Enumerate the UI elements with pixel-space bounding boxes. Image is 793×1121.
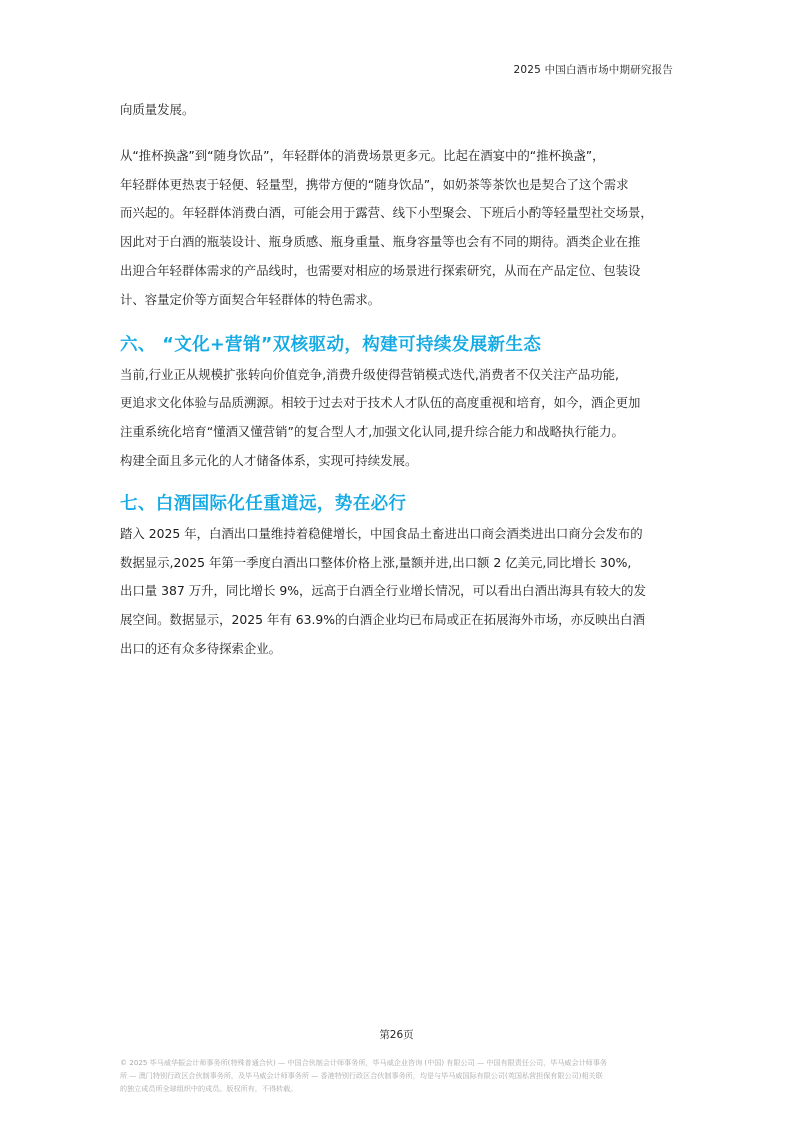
text-line: 出口量 387 万升，同比增长 9%，远高于白酒全行业增长情况，可以看出白酒出海…	[120, 577, 673, 606]
text-line: 出口的还有众多待探索企业。	[120, 635, 673, 664]
text-line: 因此对于白酒的瓶装设计、瓶身质感、瓶身重量、瓶身容量等也会有不同的期待。酒类企业…	[120, 228, 673, 257]
text-line: 注重系统化培育“懂酒又懂营销”的复合型人才,加强文化认同,提升综合能力和战略执行…	[120, 418, 673, 447]
page-number: 第26页	[0, 1027, 793, 1042]
text-line: 出迎合年轻群体需求的产品线时，也需要对相应的场景进行探索研究，从而在产品定位、包…	[120, 257, 673, 286]
legal-line: 的独立成员所全球组织中的成员。版权所有，不得转载。	[120, 1082, 676, 1095]
text-line: 构建全面且多元化的人才储备体系，实现可持续发展。	[120, 447, 673, 476]
section-7-heading: 七、白酒国际化任重道远，势在必行	[120, 490, 673, 515]
page-body: 向质量发展。 从“推杯换盏”到“随身饮品”，年轻群体的消费场景更多元。比起在酒宴…	[120, 96, 673, 664]
text-line: 展空间。数据显示，2025 年有 63.9%的白酒企业均已布局或正在拓展海外市场…	[120, 606, 673, 635]
section-6-paragraph: 当前,行业正从规模扩张转向价值竞争,消费升级使得营销模式迭代,消费者不仅关注产品…	[120, 361, 673, 476]
intro-fragment-paragraph: 向质量发展。	[120, 96, 673, 125]
text-line: 向质量发展。	[120, 96, 673, 125]
text-line: 踏入 2025 年，白酒出口量维持着稳健增长，中国食品土畜进出口商会酒类进出口商…	[120, 520, 673, 549]
section-6-heading: 六、 “文化+营销”双核驱动，构建可持续发展新生态	[120, 331, 673, 356]
text-line: 更追求文化体验与品质溯源。相较于过去对于技术人才队伍的高度重视和培育，如今，酒企…	[120, 389, 673, 418]
running-header: 2025 中国白酒市场中期研究报告	[514, 62, 673, 77]
text-line: 从“推杯换盏”到“随身饮品”，年轻群体的消费场景更多元。比起在酒宴中的“推杯换盏…	[120, 142, 673, 171]
text-line: 当前,行业正从规模扩张转向价值竞争,消费升级使得营销模式迭代,消费者不仅关注产品…	[120, 361, 673, 390]
section-7-paragraph: 踏入 2025 年，白酒出口量维持着稳健增长，中国食品土畜进出口商会酒类进出口商…	[120, 520, 673, 664]
legal-line: © 2025 毕马威华振会计师事务所(特殊普通合伙) — 中国合伙制会计师事务所…	[120, 1056, 676, 1069]
legal-line: 所 — 澳门特别行政区合伙制事务所，及毕马威会计师事务所 — 香港特别行政区合伙…	[120, 1069, 676, 1082]
young-consumers-paragraph: 从“推杯换盏”到“随身饮品”，年轻群体的消费场景更多元。比起在酒宴中的“推杯换盏…	[120, 142, 673, 315]
text-line: 数据显示,2025 年第一季度白酒出口整体价格上涨,量额并进,出口额 2 亿美元…	[120, 549, 673, 578]
legal-disclaimer: © 2025 毕马威华振会计师事务所(特殊普通合伙) — 中国合伙制会计师事务所…	[120, 1056, 676, 1096]
text-line: 年轻群体更热衷于轻便、轻量型，携带方便的“随身饮品”，如奶茶等茶饮也是契合了这个…	[120, 171, 673, 200]
text-line: 计、容量定价等方面契合年轻群体的特色需求。	[120, 286, 673, 315]
text-line: 而兴起的。年轻群体消费白酒，可能会用于露营、线下小型聚会、下班后小酌等轻量型社交…	[120, 199, 673, 228]
